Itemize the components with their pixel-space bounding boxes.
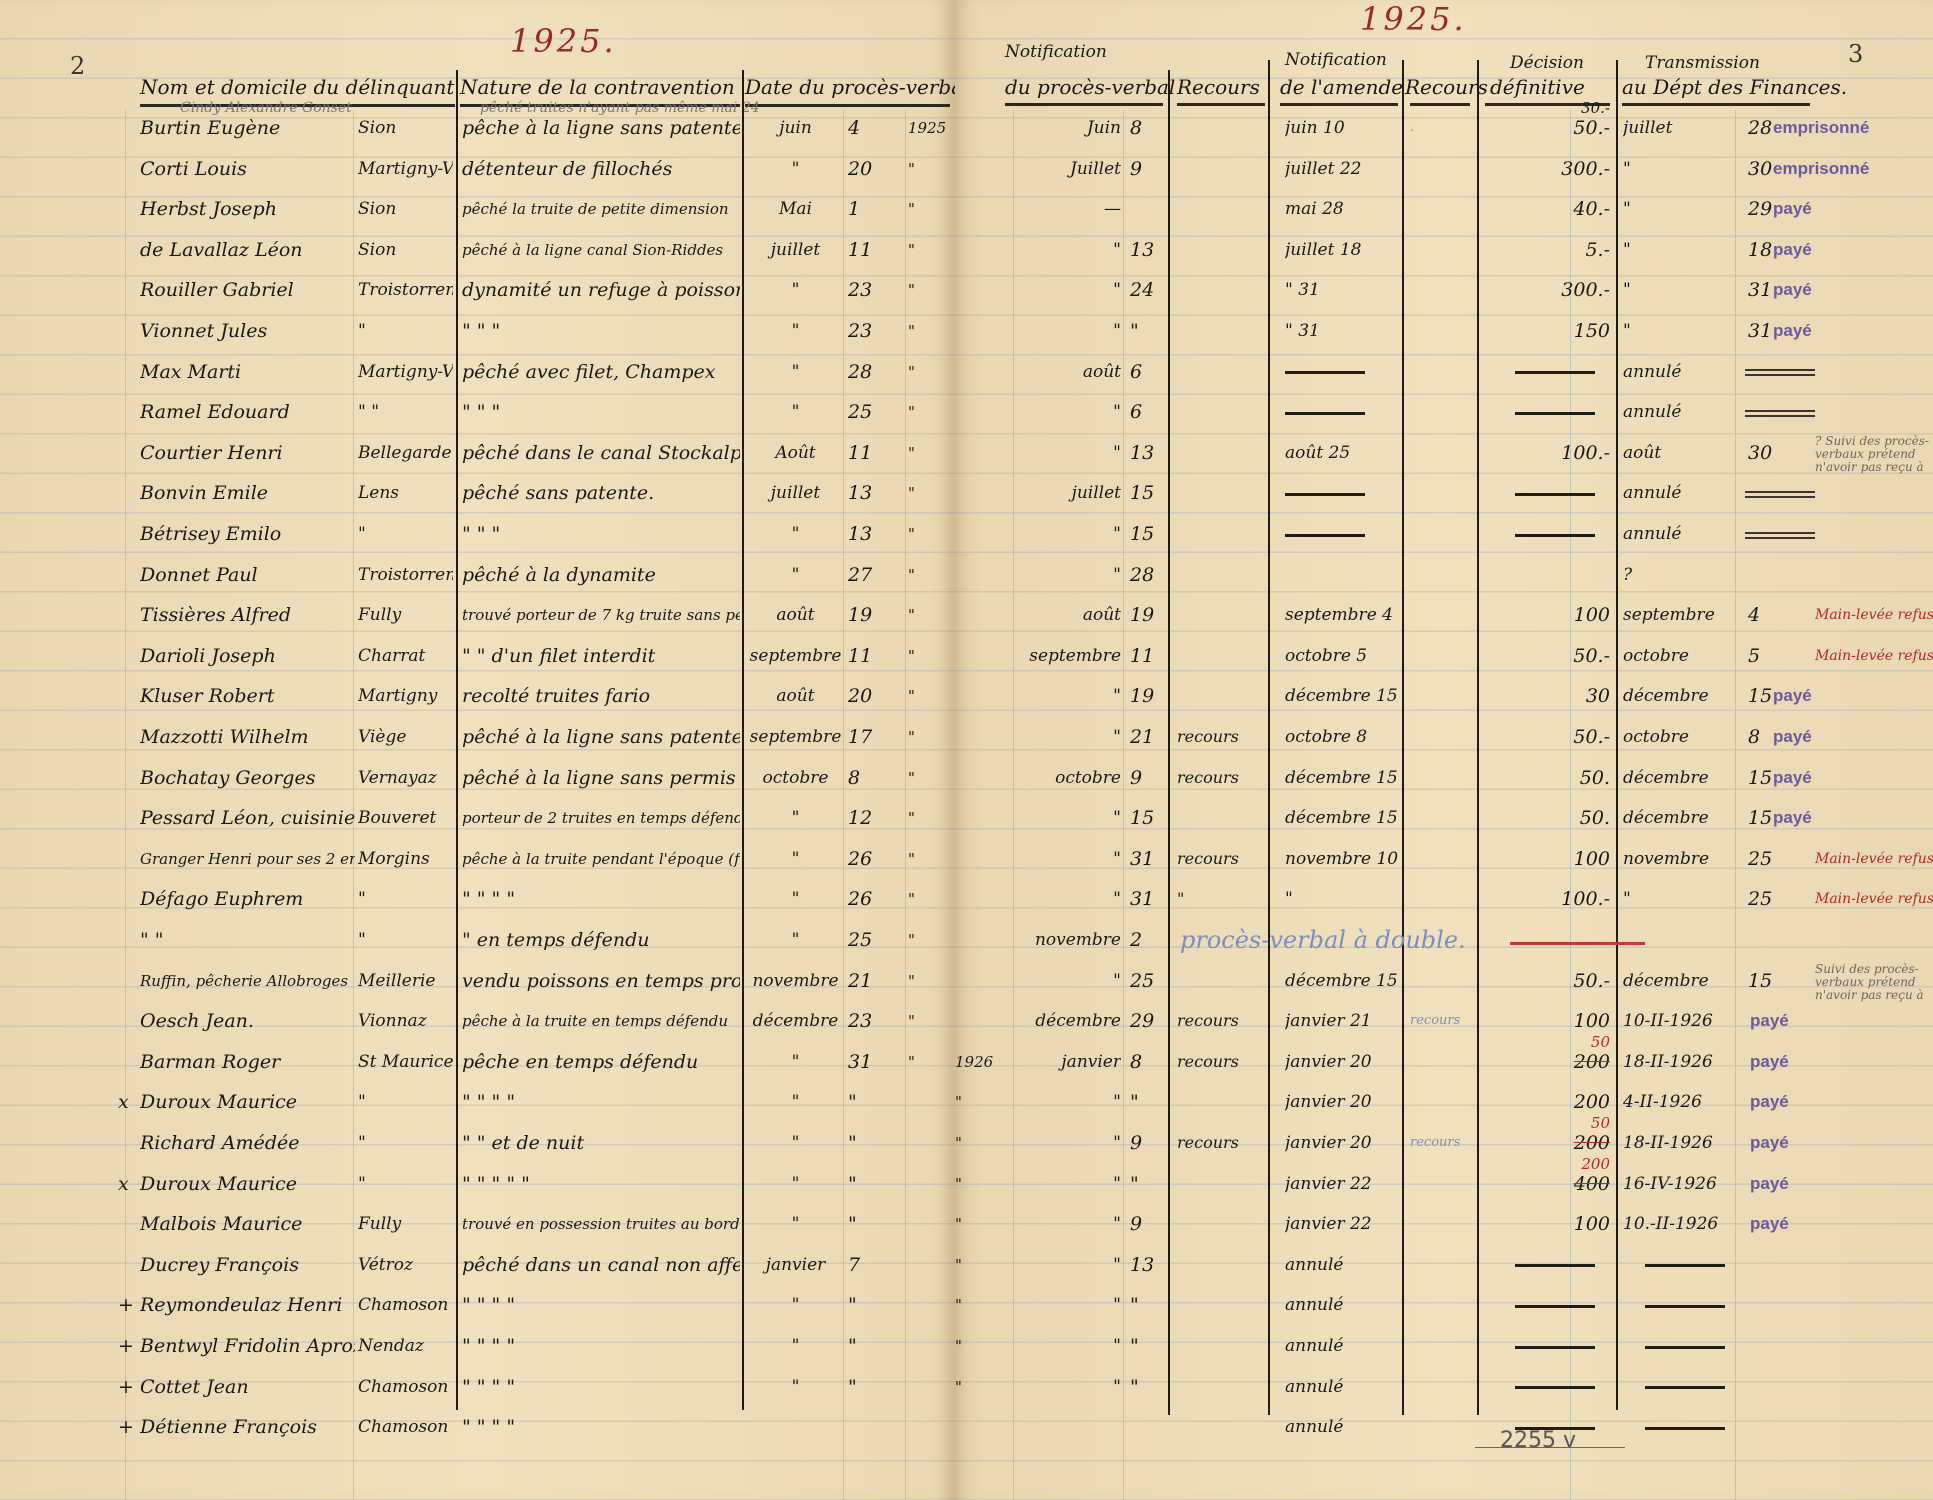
recours-1 [1177, 1204, 1265, 1244]
pv-notif-year [955, 1407, 1000, 1447]
offense-nature: " " " [462, 392, 740, 432]
pv-notif-month: Juin [1003, 108, 1121, 148]
pv-day: 11 [848, 433, 898, 473]
table-row: "15annulé [955, 514, 1933, 554]
margin-mark: + [118, 1326, 138, 1366]
recours-2 [1410, 636, 1475, 676]
pv-year: " [908, 920, 953, 960]
table-row: Pessard Léon, cuisinierBouveretporteur d… [0, 798, 955, 838]
status-stamp: payé [1750, 1001, 1870, 1041]
pv-notif-day: 11 [1130, 636, 1165, 676]
offender-name: Défago Euphrem [140, 879, 355, 919]
pv-month: août [748, 676, 843, 716]
table-row: ""13annulé [955, 1245, 1933, 1285]
recours-2 [1410, 1164, 1475, 1204]
decision-amount [1515, 555, 1616, 595]
recours-2 [1410, 473, 1475, 513]
pv-notif-day: 8 [1130, 108, 1165, 148]
margin-mark [118, 555, 138, 595]
transmission-date: décembre [1623, 798, 1748, 838]
amende-notif: octobre 8 [1285, 717, 1400, 757]
pv-month: Août [748, 433, 843, 473]
pv-day: " [848, 1326, 898, 1366]
status-stamp: payé [1773, 758, 1893, 798]
table-row: """janvier 2240020016-IV-1926payé [955, 1164, 1933, 1204]
offender-name: Bonvin Emile [140, 473, 355, 513]
transmission-date: décembre [1623, 676, 1748, 716]
cancel-dash [1645, 1305, 1725, 1308]
offense-nature: pêché à la ligne sans patente [462, 717, 740, 757]
pv-notif-day: 31 [1130, 839, 1165, 879]
recours-2 [1410, 961, 1475, 1001]
pv-month: " [748, 1326, 843, 1366]
pv-day: " [848, 1367, 898, 1407]
amende-notif: annulé [1285, 1326, 1400, 1366]
pv-notif-year: " [955, 1204, 1000, 1244]
decision-amount: 50.- [1515, 961, 1616, 1001]
pv-notif-day: 8 [1130, 1042, 1165, 1082]
offender-name: Duroux Maurice [140, 1082, 355, 1122]
table-row: "28? [955, 555, 1933, 595]
offense-nature: pêche à la ligne sans patente [462, 108, 740, 148]
table-row: 1926janvier8recoursjanvier 202005018-II-… [955, 1042, 1933, 1082]
table-row: +Cottet JeanChamoson" " " """ [0, 1367, 955, 1407]
pv-day: " [848, 1082, 898, 1122]
pv-year: " [908, 189, 953, 229]
pv-month: octobre [748, 758, 843, 798]
margin-note: ? Suivi des procès-verbaux prétend n'avo… [1815, 433, 1933, 475]
recours-1 [1177, 1407, 1265, 1447]
pv-year: " [908, 270, 953, 310]
amende-notif: juillet 18 [1285, 230, 1400, 270]
pv-month: " [748, 1164, 843, 1204]
amende-notif: janvier 22 [1285, 1204, 1400, 1244]
decision-amount [1515, 920, 1616, 960]
pv-notif-year [955, 879, 1000, 919]
offender-name: Richard Amédée [140, 1123, 355, 1163]
year-heading-right: 1925. [1360, 0, 1467, 38]
status-stamp [1750, 1326, 1870, 1366]
cancel-dash [1515, 1346, 1595, 1349]
status-stamp: payé [1773, 717, 1893, 757]
offender-domicile: Bouveret [358, 798, 453, 838]
offense-nature: " " " [462, 311, 740, 351]
recours-1 [1177, 108, 1265, 148]
amende-notif: août 25 [1285, 433, 1400, 473]
pv-day: " [848, 1204, 898, 1244]
pv-year: " [908, 1042, 953, 1082]
table-row: Burtin EugèneSionpêche à la ligne sans p… [0, 108, 955, 148]
recours-1 [1177, 636, 1265, 676]
table-row: "25décembre 1550.-décembre15Suivi des pr… [955, 961, 1933, 1001]
pv-notif-year: " [955, 1123, 1000, 1163]
decision-correction: 30.- [1540, 88, 1610, 128]
decision-amount: 5.- [1515, 230, 1616, 270]
pv-day: 23 [848, 311, 898, 351]
pv-month: septembre [748, 717, 843, 757]
pv-notif-year [955, 1001, 1000, 1041]
margin-mark [118, 1123, 138, 1163]
header-underline [1005, 103, 1163, 106]
margin-mark [118, 676, 138, 716]
recours-2 [1410, 1042, 1475, 1082]
table-row: """annulé [955, 1285, 1933, 1325]
offender-domicile: Fully [358, 1204, 453, 1244]
amende-notif: annulé [1285, 1407, 1400, 1447]
table-row: "31""100.-"25Main-levée refusée. [955, 879, 1933, 919]
offense-nature: " " " " [462, 879, 740, 919]
pv-month [748, 1407, 843, 1447]
status-stamp: payé [1750, 1123, 1870, 1163]
recours-1 [1177, 230, 1265, 270]
margin-mark [118, 1042, 138, 1082]
cancel-dash [1515, 412, 1595, 415]
pv-year: " [908, 473, 953, 513]
pv-notif-day: 15 [1130, 473, 1165, 513]
pv-notif-year: " [955, 1285, 1000, 1325]
table-row: " """ en temps défendu"25" [0, 920, 955, 960]
pv-notif-month: " [1003, 1164, 1121, 1204]
offender-domicile: Vernayaz [358, 758, 453, 798]
offense-nature: détenteur de fillochés [462, 149, 740, 189]
ledger-spread: 2 1925. Nom et domicile du délinquant Na… [0, 0, 1933, 1500]
offense-nature: recolté truites fario [462, 676, 740, 716]
pv-notif-day [1130, 1407, 1165, 1447]
offender-domicile: Fully [358, 595, 453, 635]
pv-notif-day: 6 [1130, 392, 1165, 432]
margin-note: Main-levée refusée. [1815, 595, 1933, 635]
pv-notif-day: 9 [1130, 149, 1165, 189]
table-row: ""9recoursjanvier 20recours2005018-II-19… [955, 1123, 1933, 1163]
pv-year [908, 1407, 953, 1447]
pv-notif-year [955, 108, 1000, 148]
pv-notif-year [955, 758, 1000, 798]
table-row: Herbst JosephSionpêché la truite de peti… [0, 189, 955, 229]
transmission-date: " [1623, 311, 1748, 351]
pv-notif-year [955, 433, 1000, 473]
margin-mark [118, 758, 138, 798]
table-row: juillet15annulé [955, 473, 1933, 513]
cancel-dash [1515, 1305, 1595, 1308]
margin-mark [118, 798, 138, 838]
pv-year: " [908, 839, 953, 879]
transmission-date: septembre [1623, 595, 1748, 635]
pv-notif-month: août [1003, 595, 1121, 635]
status-stamp [1750, 1245, 1870, 1285]
header-transmission: au Dépt des Finances. [1622, 75, 1847, 99]
table-row: Mazzotti WilhelmViègepêché à la ligne sa… [0, 717, 955, 757]
recours-1: recours [1177, 1001, 1265, 1041]
pv-notif-day: 21 [1130, 717, 1165, 757]
pv-day: 7 [848, 1245, 898, 1285]
amende-notif: janvier 21 [1285, 1001, 1400, 1041]
table-row: Bochatay GeorgesVernayazpêché à la ligne… [0, 758, 955, 798]
transmission-date: octobre [1623, 636, 1748, 676]
transmission-date [1645, 1367, 1755, 1407]
table-row: Tissières AlfredFullytrouvé porteur de 7… [0, 595, 955, 635]
pv-notif-month: juillet [1003, 473, 1121, 513]
margin-mark [118, 1001, 138, 1041]
transmission-date: annulé [1623, 392, 1748, 432]
pv-day: 21 [848, 961, 898, 1001]
pv-month: " [748, 149, 843, 189]
offense-nature: trouvé en possession truites au bord can… [462, 1204, 740, 1244]
offender-domicile: Charrat [358, 636, 453, 676]
pv-notif-day: 15 [1130, 798, 1165, 838]
recours-1 [1177, 798, 1265, 838]
pv-month: " [748, 352, 843, 392]
offender-name: Herbst Joseph [140, 189, 355, 229]
table-row: """annulé [955, 1367, 1933, 1407]
cancel-dash [1515, 534, 1595, 537]
pv-year: " [908, 514, 953, 554]
offense-nature: pêche à la truite en temps défendu [462, 1001, 740, 1041]
pv-notif-month: — [1003, 189, 1121, 229]
decision-correction: 200 [1540, 1144, 1610, 1184]
offender-domicile: " " [358, 392, 453, 432]
pv-notif-year [955, 189, 1000, 229]
table-row: Bétrisey Emilo"" " ""13" [0, 514, 955, 554]
decision-amount: 300.- [1515, 270, 1616, 310]
pv-notif-day: 13 [1130, 433, 1165, 473]
offender-name: Darioli Joseph [140, 636, 355, 676]
amende-notif [1285, 920, 1400, 960]
transmission-date: juillet [1623, 108, 1748, 148]
margin-mark [118, 879, 138, 919]
amende-notif [1285, 555, 1400, 595]
margin-mark: x [118, 1164, 138, 1204]
transmission-date: " [1623, 189, 1748, 229]
pv-notif-year [955, 352, 1000, 392]
pv-notif-day: 9 [1130, 1204, 1165, 1244]
recours-1 [1177, 189, 1265, 229]
table-row: """ 31150"31payé [955, 311, 1933, 351]
recours-1 [1177, 1285, 1265, 1325]
margin-note: Main-levée refusée. [1815, 636, 1933, 676]
offender-name: Cottet Jean [140, 1367, 355, 1407]
table-row: de Lavallaz LéonSionpêché à la ligne can… [0, 230, 955, 270]
transmission-date: 16-IV-1926 [1623, 1164, 1748, 1204]
pv-notif-month: " [1003, 514, 1121, 554]
header-date-pv: Date du procès-verbal [745, 75, 970, 99]
offense-nature: pêché à la ligne canal Sion-Riddes [462, 230, 740, 270]
margin-mark: + [118, 1407, 138, 1447]
pv-notif-year [955, 311, 1000, 351]
recours-1 [1177, 1245, 1265, 1285]
offense-nature: pêché dans un canal non affermé [462, 1245, 740, 1285]
left-page: 2 1925. Nom et domicile du délinquant Na… [0, 0, 955, 1500]
pv-notif-month [1003, 1407, 1121, 1447]
margin-mark [118, 473, 138, 513]
pv-year: " [908, 676, 953, 716]
amende-notif: mai 28 [1285, 189, 1400, 229]
transmission-date [1645, 1326, 1755, 1366]
amende-notif: janvier 20 [1285, 1082, 1400, 1122]
offender-name: Bentwyl Fridolin Aproz [140, 1326, 355, 1366]
pv-year: " [908, 1001, 953, 1041]
recours-1 [1177, 149, 1265, 189]
pv-notif-day: 9 [1130, 1123, 1165, 1163]
pv-notif-year [955, 270, 1000, 310]
pv-notif-day: " [1130, 311, 1165, 351]
pv-notif-year [955, 636, 1000, 676]
pv-day: 23 [848, 1001, 898, 1041]
pv-month: " [748, 392, 843, 432]
table-row: +Bentwyl Fridolin AprozNendaz" " " """ [0, 1326, 955, 1366]
pv-notif-day: 2 [1130, 920, 1165, 960]
page-number-left: 2 [70, 52, 85, 80]
amende-notif: juin 10 [1285, 108, 1400, 148]
pv-day: 8 [848, 758, 898, 798]
pv-day: " [848, 1285, 898, 1325]
offense-nature: " " " " " [462, 1164, 740, 1204]
table-row: "24" 31300.-"31payé [955, 270, 1933, 310]
pv-year: " [908, 352, 953, 392]
decision-amount [1515, 1367, 1610, 1407]
offender-name: Burtin Eugène [140, 108, 355, 148]
offender-domicile: " [358, 879, 453, 919]
table-row: Défago Euphrem"" " " ""26" [0, 879, 955, 919]
offense-nature: pêche à la truite pendant l'époque (frai… [462, 839, 740, 879]
recours-1 [1177, 270, 1265, 310]
pv-notif-month: octobre [1003, 758, 1121, 798]
pv-notif-month: " [1003, 1285, 1121, 1325]
table-row: annulé [955, 1407, 1933, 1447]
table-row: octobre9recoursdécembre 1550.décembre15p… [955, 758, 1933, 798]
cancel-dash [1645, 1346, 1725, 1349]
decision-amount: 150 [1515, 311, 1616, 351]
offender-name: Reymondeulaz Henri [140, 1285, 355, 1325]
header-underline [1280, 103, 1398, 106]
offender-domicile: " [358, 1123, 453, 1163]
table-row: xDuroux Maurice"" " " """ [0, 1082, 955, 1122]
pv-notif-day: 28 [1130, 555, 1165, 595]
transmission-date: 10.-II-1926 [1623, 1204, 1748, 1244]
offender-name: Max Marti [140, 352, 355, 392]
margin-mark [118, 595, 138, 635]
pv-year [908, 1082, 953, 1122]
pv-day: 12 [848, 798, 898, 838]
decision-correction: 50 [1540, 1103, 1610, 1143]
pv-year [908, 1245, 953, 1285]
offense-nature: " " d'un filet interdit [462, 636, 740, 676]
pv-notif-year [955, 839, 1000, 879]
decision-amount [1515, 473, 1610, 513]
pv-notif-year [955, 149, 1000, 189]
recours-2 [1410, 1245, 1475, 1285]
offender-domicile: Chamoson [358, 1285, 453, 1325]
pv-notif-month: " [1003, 961, 1121, 1001]
pv-year: " [908, 311, 953, 351]
fines-total: 2255 v [1500, 1428, 1576, 1453]
pv-notif-month: " [1003, 392, 1121, 432]
recours-1 [1177, 311, 1265, 351]
margin-mark [118, 270, 138, 310]
pv-year: " [908, 798, 953, 838]
recours-2 [1410, 149, 1475, 189]
recours-2 [1410, 879, 1475, 919]
table-row: août19septembre 4100septembre4Main-levée… [955, 595, 1933, 635]
pv-year: " [908, 758, 953, 798]
amende-notif [1285, 392, 1395, 432]
status-stamp: payé [1773, 189, 1893, 229]
pv-day: 20 [848, 676, 898, 716]
recours-2 [1410, 758, 1475, 798]
pv-day: 20 [848, 149, 898, 189]
recours-2 [1410, 311, 1475, 351]
status-stamp [1750, 1407, 1870, 1447]
recours-1: recours [1177, 717, 1265, 757]
recours-1 [1177, 1367, 1265, 1407]
decision-amount: 100 [1515, 839, 1616, 879]
decision-amount: 100.- [1515, 879, 1616, 919]
recours-1 [1177, 392, 1265, 432]
recours-2 [1410, 352, 1475, 392]
table-row: décembre29recoursjanvier 21recours10010-… [955, 1001, 1933, 1041]
pv-day: 28 [848, 352, 898, 392]
decision-amount: 30 [1515, 676, 1616, 716]
pv-notif-year: " [955, 1367, 1000, 1407]
margin-mark [118, 1245, 138, 1285]
offender-name: Tissières Alfred [140, 595, 355, 635]
pv-notif-year [955, 473, 1000, 513]
recours-2: recours [1410, 1001, 1475, 1041]
margin-mark [118, 717, 138, 757]
margin-note: Main-levée refusée. [1815, 839, 1933, 879]
table-row: Bonvin EmileLenspêché sans patente.juill… [0, 473, 955, 513]
transmission-date: octobre [1623, 717, 1748, 757]
table-row: Richard Amédée"" " et de nuit"" [0, 1123, 955, 1163]
status-stamp [1750, 920, 1870, 960]
offender-name: Courtier Henri [140, 433, 355, 473]
margin-mark: + [118, 1285, 138, 1325]
pv-month: " [748, 1123, 843, 1163]
pv-notif-day: " [1130, 1164, 1165, 1204]
table-row: +Détienne FrançoisChamoson" " " " [0, 1407, 955, 1447]
header-recours-2: Recours [1405, 75, 1488, 99]
pv-day: 23 [848, 270, 898, 310]
decision-amount: 40.- [1515, 189, 1616, 229]
recours-2 [1410, 595, 1475, 635]
margin-mark: x [118, 1082, 138, 1122]
status-stamp: payé [1750, 1042, 1870, 1082]
decision-amount: 100 [1515, 1204, 1616, 1244]
margin-mark [118, 839, 138, 879]
amende-notif: novembre 10 [1285, 839, 1400, 879]
offense-nature: porteur de 2 truites en temps défendu [462, 798, 740, 838]
transmission-date: " [1623, 230, 1748, 270]
pv-notif-year [955, 555, 1000, 595]
table-row: "21recoursoctobre 850.-octobre8payé [955, 717, 1933, 757]
pv-day: " [848, 1164, 898, 1204]
status-stamp: payé [1773, 270, 1893, 310]
status-stamp: payé [1773, 311, 1893, 351]
pv-year: " [908, 879, 953, 919]
margin-note: Suivi des procès-verbaux prétend n'avoir… [1815, 961, 1933, 1003]
offense-nature: pêché à la ligne sans permis [462, 758, 740, 798]
offender-name: Bochatay Georges [140, 758, 355, 798]
pv-day: 1 [848, 189, 898, 229]
recours-2 [1410, 1367, 1475, 1407]
pv-notif-month: novembre [1003, 920, 1121, 960]
offender-domicile: " [358, 1164, 453, 1204]
pv-day: 25 [848, 392, 898, 432]
pv-notif-day: 15 [1130, 514, 1165, 554]
pv-day: 11 [848, 230, 898, 270]
offender-domicile: St Maurice [358, 1042, 453, 1082]
decision-amount: 300.- [1515, 149, 1616, 189]
amende-notif: septembre 4 [1285, 595, 1400, 635]
